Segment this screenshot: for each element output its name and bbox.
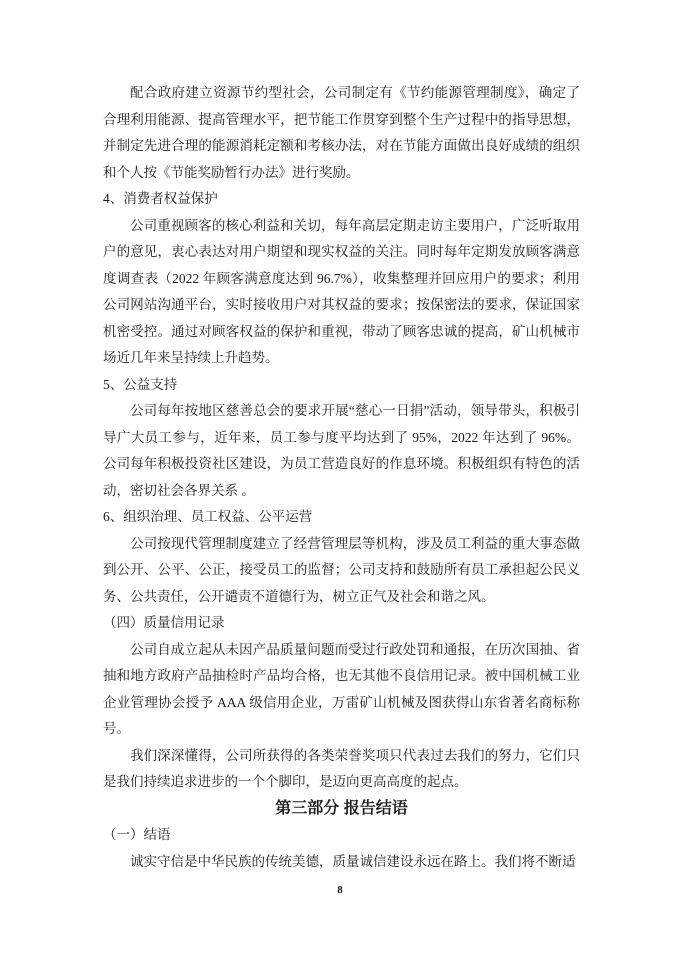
body-paragraph: 诚实守信是中华民族的传统美德，质量诚信建设永远在路上。我们将不断适 bbox=[103, 849, 580, 876]
section-heading-conclusion: （一）结语 bbox=[103, 822, 580, 849]
section-heading-governance: 6、组织治理、员工权益、公平运营 bbox=[103, 504, 580, 531]
content-area: 配合政府建立资源节约型社会，公司制定有《节约能源管理制度》，确定了合理利用能源、… bbox=[103, 80, 580, 875]
body-paragraph: 我们深深懂得，公司所获得的各类荣誉奖项只代表过去我们的努力，它们只是我们持续追求… bbox=[103, 743, 580, 796]
section-heading-quality-credit-record: （四）质量信用记录 bbox=[103, 610, 580, 637]
document-page: 配合政府建立资源节约型社会，公司制定有《节约能源管理制度》，确定了合理利用能源、… bbox=[0, 0, 680, 962]
body-paragraph: 配合政府建立资源节约型社会，公司制定有《节约能源管理制度》，确定了合理利用能源、… bbox=[103, 80, 580, 186]
section-heading-public-welfare: 5、公益支持 bbox=[103, 372, 580, 399]
body-paragraph: 公司自成立起从未因产品质量问题而受过行政处罚和通报，在历次国抽、省抽和地方政府产… bbox=[103, 637, 580, 743]
part-title: 第三部分 报告结语 bbox=[103, 796, 580, 823]
page-number: 8 bbox=[0, 884, 680, 896]
body-paragraph: 公司重视顾客的核心利益和关切，每年高层定期走访主要用户，广泛听取用户的意见，衷心… bbox=[103, 213, 580, 372]
body-paragraph: 公司按现代管理制度建立了经营管理层等机构，涉及员工利益的重大事态做到公开、公平、… bbox=[103, 531, 580, 611]
section-heading-consumer-rights: 4、消费者权益保护 bbox=[103, 186, 580, 213]
body-paragraph: 公司每年按地区慈善总会的要求开展“慈心一日捐”活动，领导带头，积极引导广大员工参… bbox=[103, 398, 580, 504]
